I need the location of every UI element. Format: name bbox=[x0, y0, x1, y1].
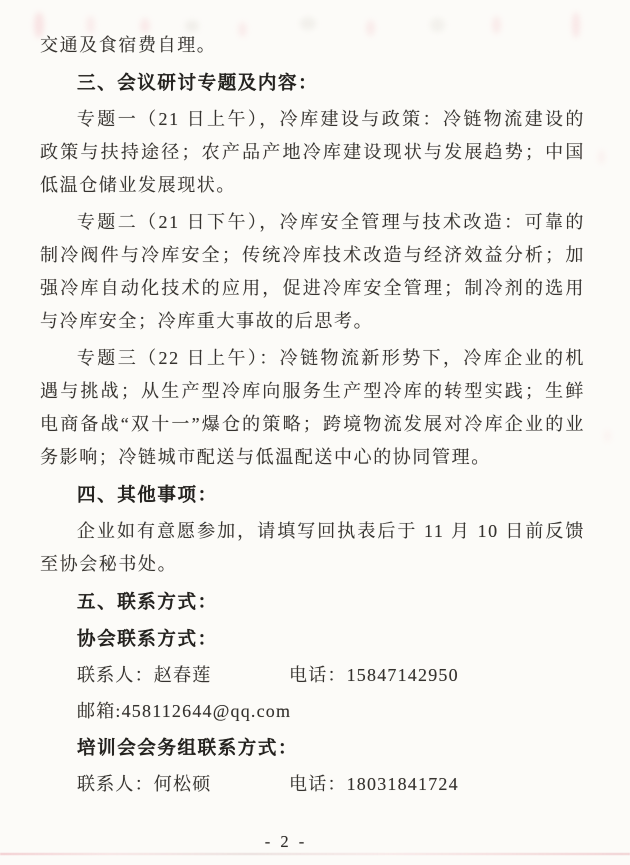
carryover-line: 交通及食宿费自理。 bbox=[40, 29, 585, 62]
scan-smudge bbox=[604, 430, 611, 442]
section5-heading: 五、联系方式： bbox=[40, 585, 585, 618]
association-contact-heading: 协会联系方式： bbox=[77, 622, 585, 655]
training-contact-phone: 电话：18031841724 bbox=[289, 768, 459, 801]
association-contact-email: 邮箱:458112644@qq.com bbox=[77, 695, 585, 728]
training-contact-heading: 培训会会务组联系方式： bbox=[77, 731, 585, 764]
topic3-paragraph: 专题三（22 日上午）：冷链物流新形势下，冷库企业的机遇与挑战；从生产型冷库向服… bbox=[40, 342, 585, 474]
topic2-paragraph: 专题二（21 日下午），冷库安全管理与技术改造：可靠的制冷阀件与冷库安全；传统冷… bbox=[40, 206, 585, 338]
association-contact-person: 联系人：赵春莲 bbox=[77, 659, 289, 692]
training-contact-person: 联系人：何松硕 bbox=[77, 768, 289, 801]
scan-smudge bbox=[598, 150, 605, 164]
scanned-document-page: 交通及食宿费自理。 三、会议研讨专题及内容： 专题一（21 日上午），冷库建设与… bbox=[0, 0, 630, 865]
section3-heading: 三、会议研讨专题及内容： bbox=[40, 66, 585, 99]
association-contact-phone: 电话：15847142950 bbox=[289, 659, 459, 692]
section4-paragraph: 企业如有意愿参加，请填写回执表后于 11 月 10 日前反馈至协会秘书处。 bbox=[40, 515, 585, 581]
section4-heading: 四、其他事项： bbox=[40, 478, 585, 511]
page-number: - 2 - bbox=[0, 830, 572, 854]
document-content: 交通及食宿费自理。 三、会议研讨专题及内容： 专题一（21 日上午），冷库建设与… bbox=[40, 29, 585, 804]
association-contact-row: 联系人：赵春莲 电话：15847142950 bbox=[77, 659, 585, 692]
topic1-paragraph: 专题一（21 日上午），冷库建设与政策：冷链物流建设的政策与扶持途径；农产品产地… bbox=[40, 103, 585, 202]
training-contact-row: 联系人：何松硕 电话：18031841724 bbox=[77, 768, 585, 801]
